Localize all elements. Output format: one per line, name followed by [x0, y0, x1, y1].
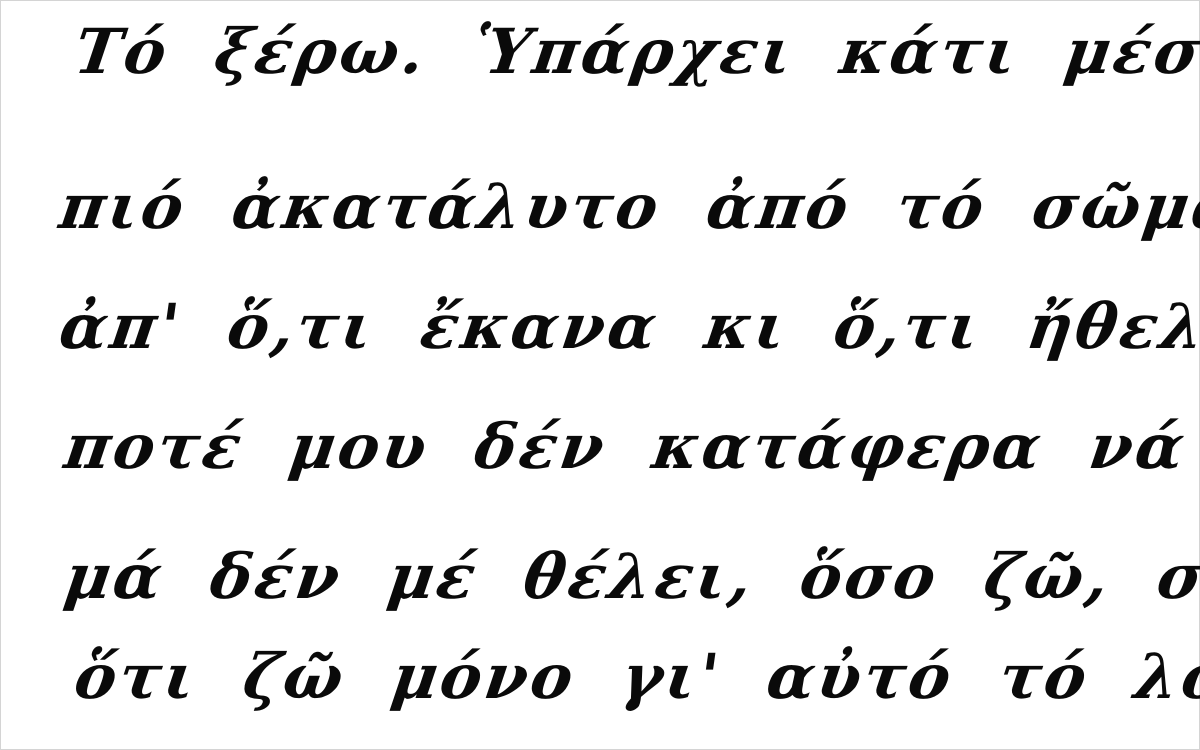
handwritten-page: Τό ξέρω. Ὑπάρχει κάτι μέσα μου πιό ἀκατά… — [0, 0, 1200, 750]
manuscript-line-3: ἀπ' ὅ,τι ἔκανα κι ὅ,τι ἤθελα, ἀλλά — [56, 296, 1200, 358]
manuscript-line-4: ποτέ μου δέν κατάφερα νά πιάσω, — [61, 416, 1200, 478]
manuscript-line-5: μά δέν μέ θέλει, ὅσο ζῶ, σφραγίζω — [61, 546, 1200, 608]
manuscript-line-1: Τό ξέρω. Ὑπάρχει κάτι μέσα μου — [71, 21, 1200, 83]
manuscript-line-2: πιό ἀκατάλυτο ἀπό τό σῶμα μου — [56, 176, 1200, 238]
manuscript-line-6: ὅτι ζῶ μόνο γι' αὐτό τό λόγο. — [71, 646, 1200, 708]
